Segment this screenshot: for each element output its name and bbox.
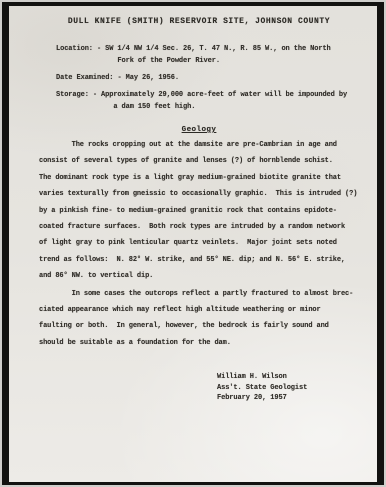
date-examined-value: May 26, 1956. (126, 72, 179, 84)
date-examined-label: Date Examined: - (56, 72, 122, 84)
location-field: Location: - SW 1/4 NW 1/4 Sec. 26, T. 47… (56, 43, 359, 67)
date-examined-field: Date Examined: - May 26, 1956. (56, 72, 359, 84)
signature-block: William H. Wilson Ass't. State Geologist… (217, 372, 359, 404)
storage-value: Approximately 29,000 acre-feet of water … (101, 89, 347, 113)
signature-title: Ass't. State Geologist (217, 383, 359, 394)
signature-date: February 20, 1957 (217, 393, 359, 404)
header-fields: Location: - SW 1/4 NW 1/4 Sec. 26, T. 47… (56, 43, 359, 113)
signature-name: William H. Wilson (217, 372, 359, 383)
geology-section-heading: Geology (39, 126, 359, 134)
storage-label: Storage: - (56, 89, 97, 113)
document-page: DULL KNIFE (SMITH) RESERVOIR SITE, JOHNS… (9, 6, 377, 482)
location-value: SW 1/4 NW 1/4 Sec. 26, T. 47 N., R. 85 W… (105, 43, 331, 67)
storage-field: Storage: - Approximately 29,000 acre-fee… (56, 89, 359, 113)
geology-paragraph-1: The rocks cropping out at the damsite ar… (39, 137, 359, 285)
scanned-document-frame: DULL KNIFE (SMITH) RESERVOIR SITE, JOHNS… (0, 0, 386, 487)
document-title: DULL KNIFE (SMITH) RESERVOIR SITE, JOHNS… (39, 17, 359, 26)
geology-paragraph-2: In some cases the outcrops reflect a par… (39, 286, 359, 352)
location-label: Location: - (56, 43, 101, 67)
